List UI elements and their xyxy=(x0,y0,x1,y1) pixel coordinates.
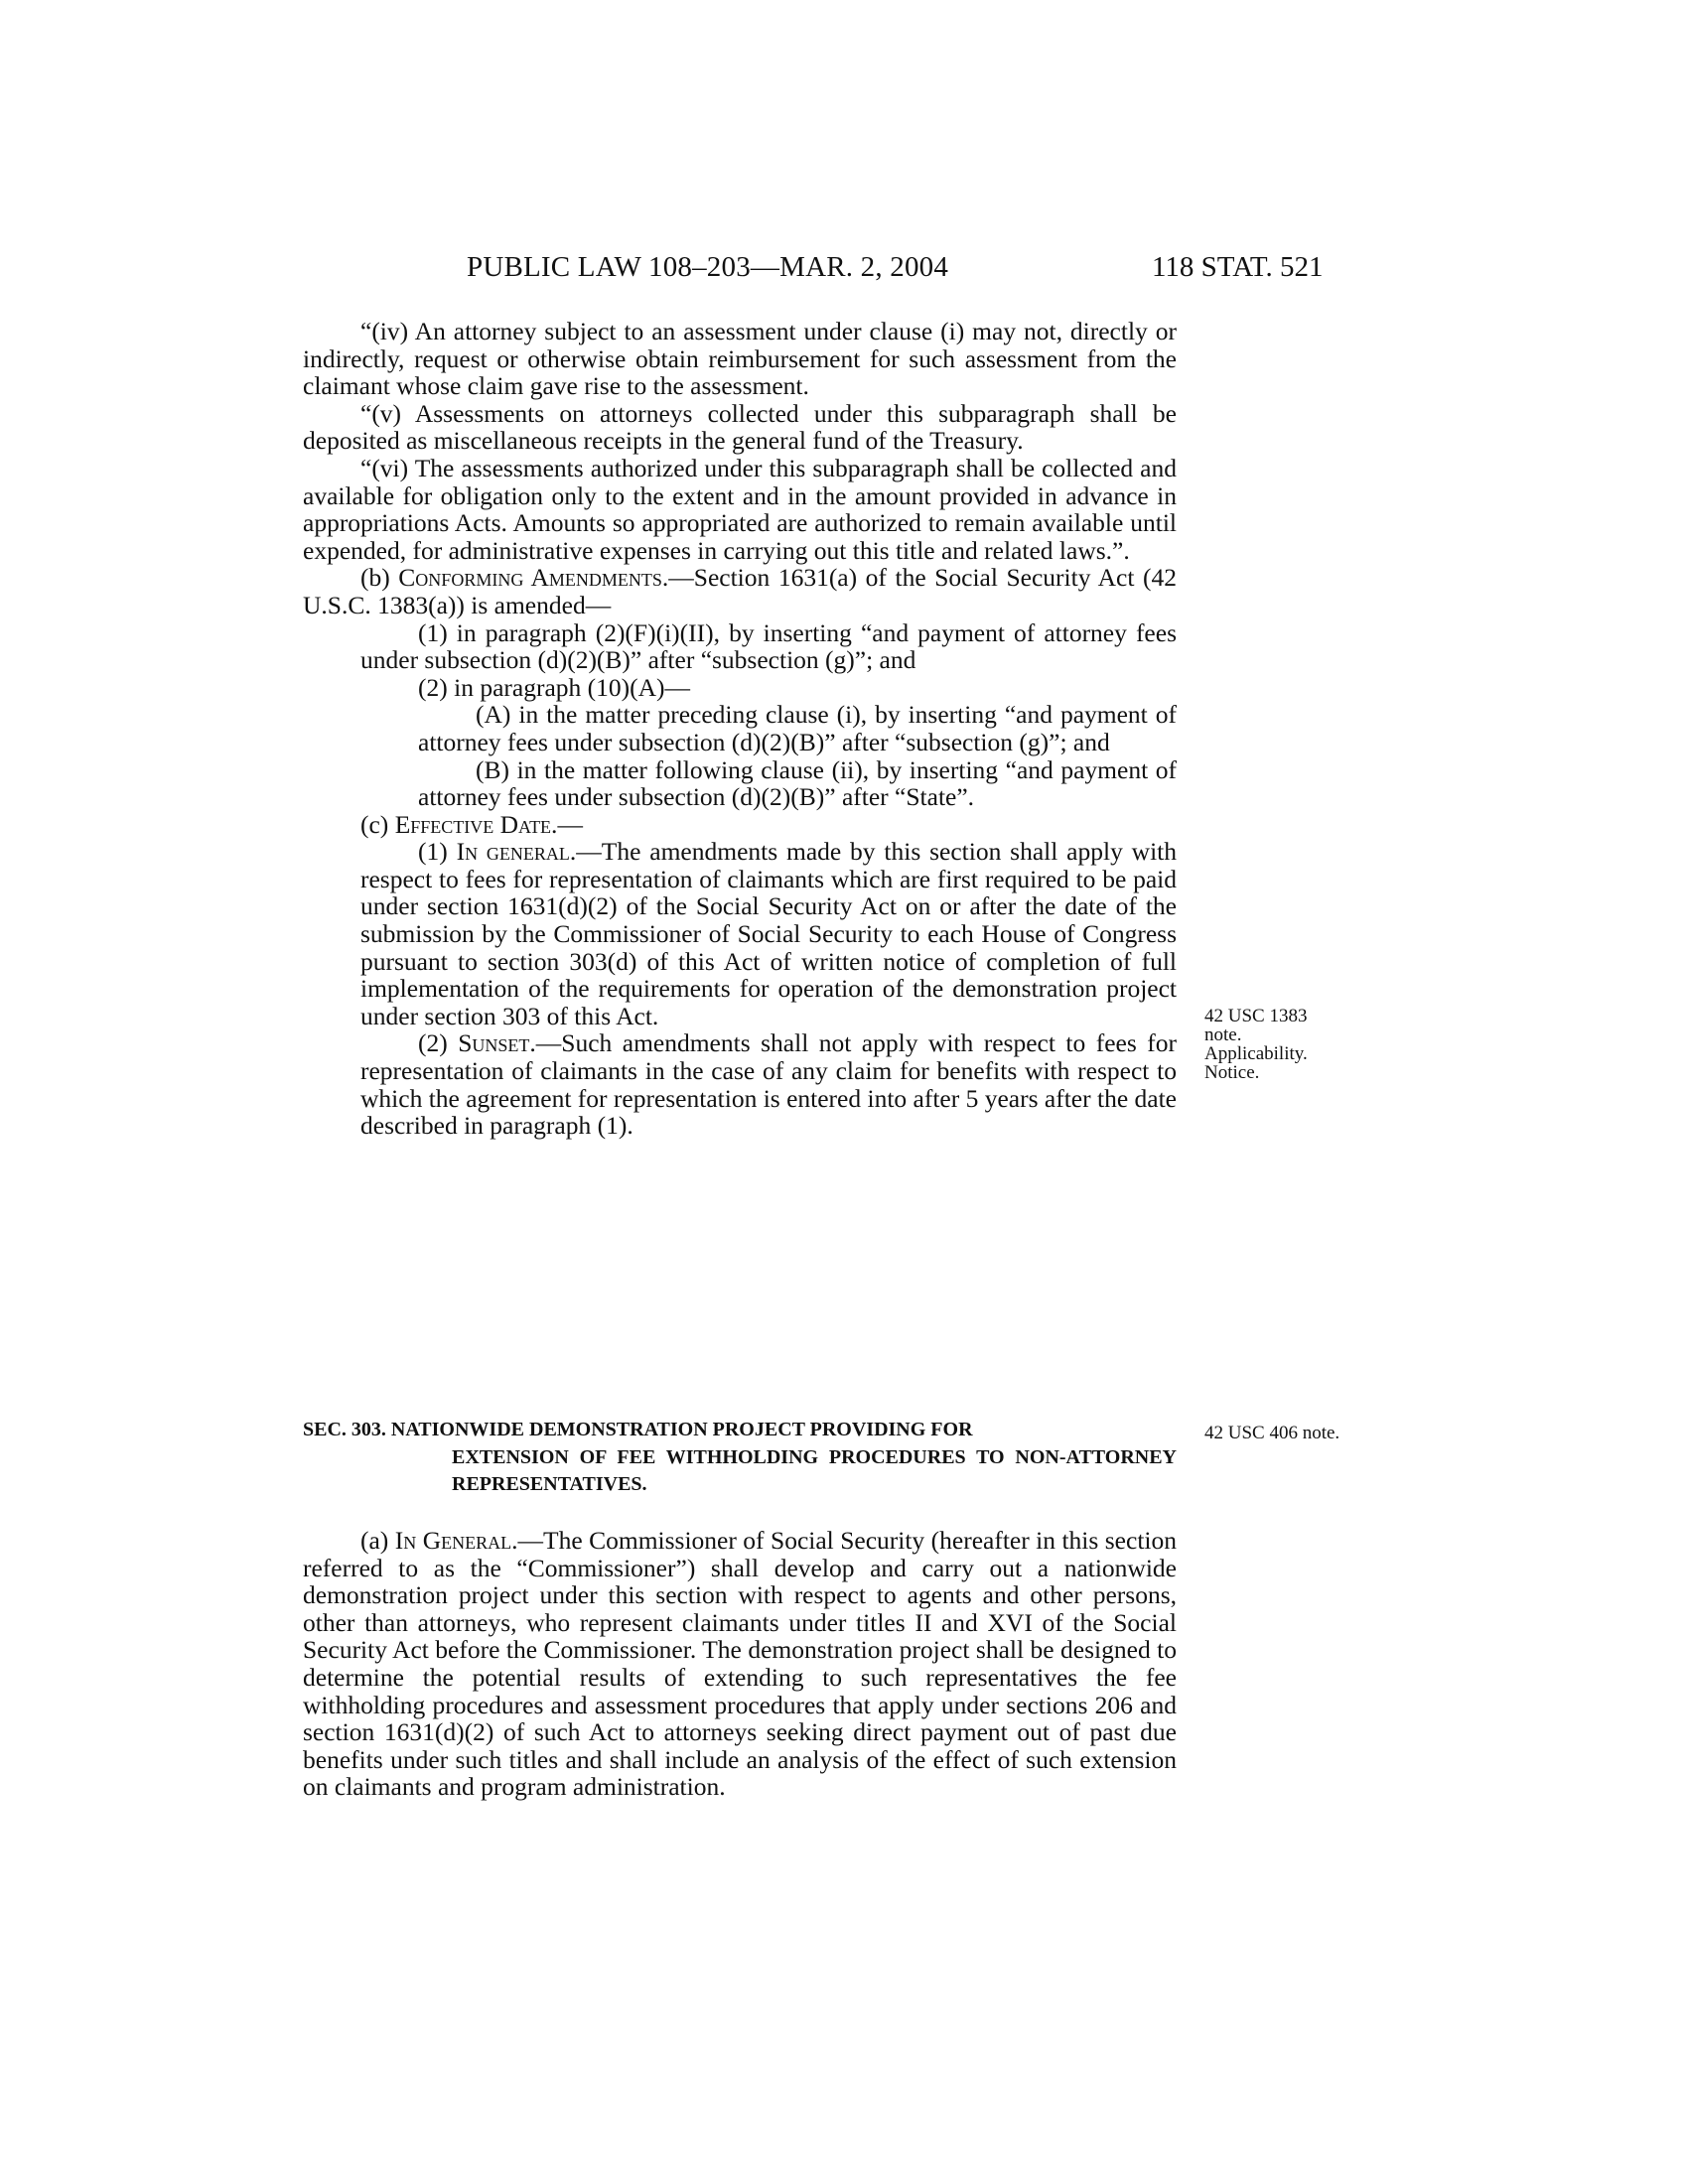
section-303-heading-line1: SEC. 303. NATIONWIDE DEMONSTRATION PROJE… xyxy=(303,1419,973,1440)
subsection-a-prefix: (a) xyxy=(360,1526,395,1555)
body-column-bottom: (a) In General.—The Commissioner of Soci… xyxy=(303,1527,1177,1801)
paragraph-c2: (2) Sunset.—Such amendments shall not ap… xyxy=(303,1029,1177,1139)
subsection-a-text: —The Commissioner of Social Security (he… xyxy=(303,1526,1177,1801)
paragraph-c2-heading: Sunset. xyxy=(458,1028,536,1057)
section-303-heading: SEC. 303. NATIONWIDE DEMONSTRATION PROJE… xyxy=(303,1417,1177,1499)
subsection-b-heading: Conforming Amendments. xyxy=(398,563,668,592)
margin-note-line: note. xyxy=(1204,1025,1308,1044)
clause-vi: “(vi) The assessments authorized under t… xyxy=(303,455,1177,564)
subsection-c-heading: Effective Date. xyxy=(395,810,558,839)
margin-note-usc-1383: 42 USC 1383 note. Applicability. Notice. xyxy=(1204,1007,1308,1082)
subsection-b: (b) Conforming Amendments.—Section 1631(… xyxy=(303,564,1177,618)
paragraph-c1: (1) In general.—The amendments made by t… xyxy=(303,838,1177,1029)
subsection-c-dash: — xyxy=(557,810,583,839)
subsection-b-prefix: (b) xyxy=(360,563,398,592)
clause-iv: “(iv) An attorney subject to an assessme… xyxy=(303,318,1177,400)
subsection-a-heading: In General. xyxy=(395,1526,518,1555)
paragraph-b1: (1) in paragraph (2)(F)(i)(II), by inser… xyxy=(303,619,1177,674)
paragraph-c1-prefix: (1) xyxy=(418,837,457,866)
subsection-a: (a) In General.—The Commissioner of Soci… xyxy=(303,1527,1177,1801)
paragraph-b2: (2) in paragraph (10)(A)— xyxy=(303,674,1177,702)
subparagraph-b2B: (B) in the matter following clause (ii),… xyxy=(303,756,1177,811)
paragraph-c2-prefix: (2) xyxy=(418,1028,458,1057)
body-column-top: “(iv) An attorney subject to an assessme… xyxy=(303,318,1177,1140)
subparagraph-b2A: (A) in the matter preceding clause (i), … xyxy=(303,701,1177,755)
paragraph-c1-heading: In general. xyxy=(457,837,577,866)
margin-note-line: 42 USC 1383 xyxy=(1204,1007,1308,1025)
stat-page-number: 118 STAT. 521 xyxy=(1152,251,1324,284)
margin-note-line: Applicability. xyxy=(1204,1044,1308,1063)
subsection-c: (c) Effective Date.— xyxy=(303,811,1177,839)
running-head: PUBLIC LAW 108–203—MAR. 2, 2004 xyxy=(467,251,948,284)
margin-note-usc-406: 42 USC 406 note. xyxy=(1204,1424,1339,1442)
subsection-c-prefix: (c) xyxy=(360,810,395,839)
section-303-heading-continuation: EXTENSION OF FEE WITHHOLDING PROCEDURES … xyxy=(303,1444,1177,1499)
document-page: PUBLIC LAW 108–203—MAR. 2, 2004 118 STAT… xyxy=(0,0,1688,2184)
paragraph-c1-text: —The amendments made by this section sha… xyxy=(360,837,1177,1030)
clause-v: “(v) Assessments on attorneys collected … xyxy=(303,400,1177,455)
margin-note-line: Notice. xyxy=(1204,1063,1308,1082)
